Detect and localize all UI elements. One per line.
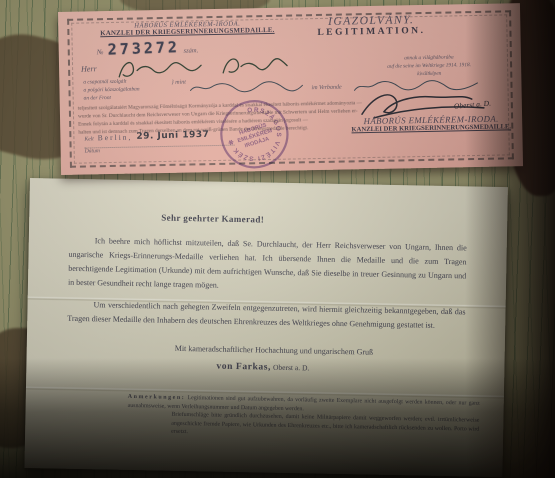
number-prefix: № — [97, 48, 104, 56]
letter-paragraph: Um verschiedentlich nach gehegten Zweife… — [67, 298, 465, 333]
letter-paragraph: Ich beehre mich höflichst mitzuteilen, d… — [68, 234, 467, 297]
date-place: Berlin, — [98, 133, 133, 143]
form-line: an der Front — [84, 94, 140, 103]
date-stamp: 29. Juni 1937 — [136, 130, 209, 142]
certificate-title: IGAZOLVÁNY. LEGITIMATION. — [296, 14, 446, 39]
letter-greeting: Sehr geehrter Kamerad! — [161, 211, 467, 232]
form-left-lines: a csapatnál szolgált a polgári közszolgá… — [83, 77, 139, 102]
legitimation-certificate: HÁBORÚS EMLÉKÉREM-IRODA. KANZLEI DER KRI… — [58, 3, 523, 175]
photo-of-documents: Sehr geehrter Kamerad! Ich beehre mich h… — [0, 0, 555, 478]
brace-word: mint — [175, 80, 186, 86]
shadow-right — [465, 0, 555, 478]
form-mid-label: im Verbande — [311, 85, 341, 92]
salutation-label: Herr — [81, 64, 97, 73]
form-brace-word: } mint — [171, 80, 186, 86]
form-line: a polgári közszolgálatban — [83, 86, 139, 95]
handwritten-form-entry — [187, 77, 305, 95]
date-label-kelt: Kelt — [84, 136, 93, 142]
